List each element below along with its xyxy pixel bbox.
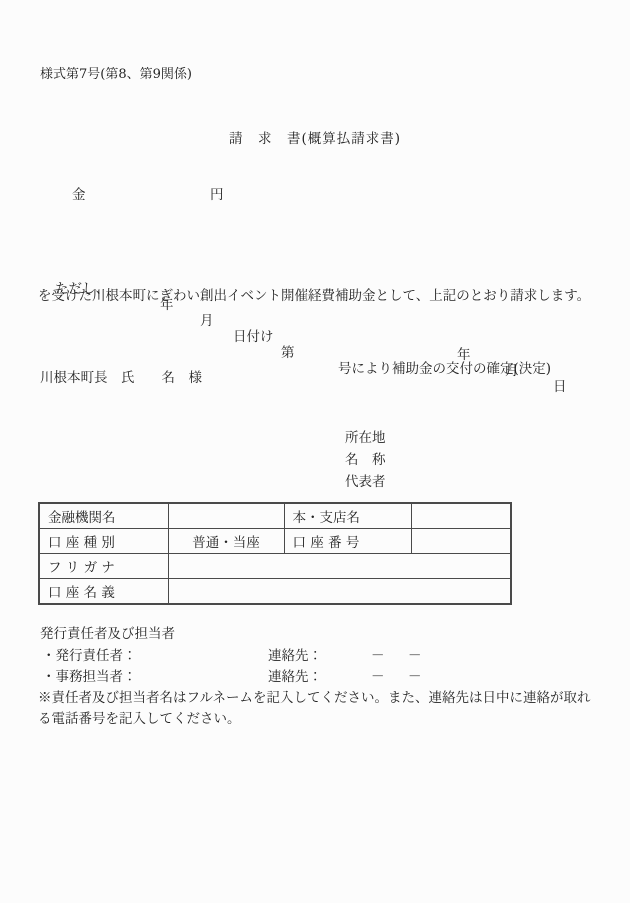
amount-suffix-label: 円 — [210, 183, 224, 203]
account-number-label-cell: 口 座 番 号 — [284, 529, 411, 554]
issuer-contact-label: 連絡先： — [268, 644, 322, 664]
applicant-name-label: 名 称 — [345, 448, 386, 468]
branch-name-label-cell: 本・支店名 — [284, 503, 411, 529]
issuer-row: ・発行責任者： 連絡先： － － — [0, 644, 630, 662]
clerk-phone-dash-2: － — [408, 665, 422, 685]
date-day-label: 日 — [553, 375, 567, 395]
note-text-line1: ※責任者及び担当者名はフルネームを記入してください。また、連絡先は日中に連絡が取… — [38, 686, 591, 706]
table-row-account-holder: 口 座 名 義 — [39, 579, 511, 605]
addressee-line: 川根本町長 氏 名 様 — [40, 366, 202, 386]
clerk-phone-dash-1: － — [371, 665, 385, 685]
body-text-line1: ただし、 年 月 日付け 第 号により補助金の交付の確定(決定) — [0, 261, 630, 279]
account-number-value-cell — [411, 529, 511, 554]
bank-name-value-cell — [168, 503, 284, 529]
applicant-address-label: 所在地 — [345, 426, 386, 446]
account-holder-value-cell — [168, 579, 511, 605]
clerk-contact-label: 連絡先： — [268, 665, 322, 685]
issuer-phone-dash-1: － — [371, 644, 385, 664]
applicant-representative-label: 代表者 — [345, 470, 386, 490]
bank-name-label-cell: 金融機関名 — [39, 503, 168, 529]
clerk-label: ・事務担当者： — [42, 665, 137, 685]
table-row-furigana: フ リ ガ ナ — [39, 554, 511, 579]
date-year-label: 年 — [457, 343, 471, 363]
body-text-line2: を受けた川根本町にぎわい創出イベント開催経費補助金として、上記のとおり請求します… — [38, 284, 590, 304]
issuer-phone-dash-2: － — [408, 644, 422, 664]
issuer-label: ・発行責任者： — [42, 644, 137, 664]
account-type-value-cell: 普通・当座 — [168, 529, 284, 554]
body-line1-rest: 号により補助金の交付の確定(決定) — [338, 357, 551, 377]
bank-account-table: 金融機関名 本・支店名 口 座 種 別 普通・当座 口 座 番 号 フ リ ガ … — [38, 502, 512, 605]
contact-section-heading: 発行責任者及び担当者 — [40, 622, 175, 642]
note-text-line2: る電話番号を記入してください。 — [38, 707, 241, 727]
furigana-value-cell — [168, 554, 511, 579]
clerk-row: ・事務担当者： 連絡先： － － — [0, 665, 630, 683]
account-holder-label-cell: 口 座 名 義 — [39, 579, 168, 605]
furigana-label-cell: フ リ ガ ナ — [39, 554, 168, 579]
body-month-label: 月 — [200, 309, 214, 329]
form-number: 様式第7号(第8、第9関係) — [40, 63, 192, 82]
date-month-label: 月 — [505, 359, 519, 379]
branch-name-value-cell — [411, 503, 511, 529]
account-type-label-cell: 口 座 種 別 — [39, 529, 168, 554]
document-page: 様式第7号(第8、第9関係) 請 求 書(概算払請求書) 金 円 ただし、 年 … — [0, 0, 630, 903]
table-row-account-type: 口 座 種 別 普通・当座 口 座 番 号 — [39, 529, 511, 554]
date-line: 年 月 日 — [0, 327, 630, 345]
table-row-bank: 金融機関名 本・支店名 — [39, 503, 511, 529]
amount-prefix-label: 金 — [72, 183, 86, 203]
document-title: 請 求 書(概算払請求書) — [0, 127, 630, 147]
